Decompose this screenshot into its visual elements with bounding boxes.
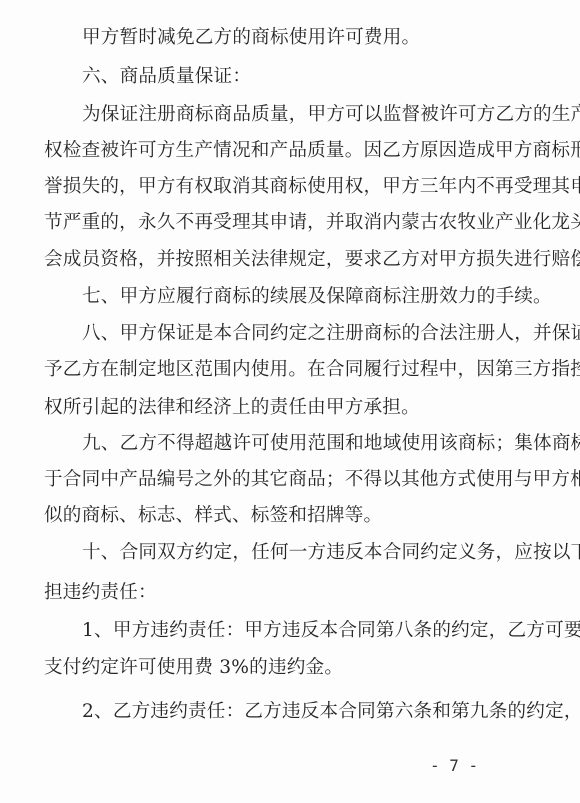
text-line: 誉损失的，甲方有权取消其商标使用权，甲方三年内不再受理其申请；情 — [44, 175, 534, 199]
text-line: 担违约责任： — [44, 581, 534, 605]
text-line: 十、合同双方约定，任何一方违反本合同约定义务，应按以下约定承 — [82, 541, 534, 565]
document-page: 甲方暂时减免乙方的商标使用许可费用。六、商品质量保证：为保证注册商标商品质量，甲… — [0, 0, 580, 803]
text-line: 1、甲方违约责任：甲方违反本合同第八条的约定，乙方可要求甲方 — [82, 619, 534, 643]
text-line: 为保证注册商标商品质量，甲方可以监督被许可方乙方的生产，并有 — [82, 103, 534, 127]
text-line: 似的商标、标志、样式、标签和招牌等。 — [44, 504, 534, 528]
text-line: 予乙方在制定地区范围内使用。在合同履行过程中，因第三方指控商标侵 — [44, 358, 534, 382]
text-line: 七、甲方应履行商标的续展及保障商标注册效力的手续。 — [82, 285, 534, 309]
text-line: 甲方暂时减免乙方的商标使用许可费用。 — [82, 26, 534, 50]
text-line: 节严重的，永久不再受理其申请，并取消内蒙古农牧业产业化龙头企业协 — [44, 211, 534, 235]
text-line: 支付约定许可使用费 3%的违约金。 — [44, 656, 534, 680]
text-line: 八、甲方保证是本合同约定之注册商标的合法注册人，并保证有权授 — [82, 322, 534, 346]
text-line: 九、乙方不得超越许可使用范围和地域使用该商标；集体商标不得用 — [82, 432, 534, 456]
text-line: 权所引起的法律和经济上的责任由甲方承担。 — [44, 396, 534, 420]
text-line: 权检查被许可方生产情况和产品质量。因乙方原因造成甲方商标形象、名 — [44, 139, 534, 163]
text-line: 2、乙方违约责任：乙方违反本合同第六条和第九条的约定，甲方有 — [82, 700, 534, 724]
text-line: 会成员资格，并按照相关法律规定，要求乙方对甲方损失进行赔偿。 — [44, 248, 534, 272]
page-number: - 7 - — [430, 756, 478, 776]
text-line: 于合同中产品编号之外的其它商品；不得以其他方式使用与甲方相同或相 — [44, 468, 534, 492]
text-line: 六、商品质量保证： — [82, 65, 534, 89]
